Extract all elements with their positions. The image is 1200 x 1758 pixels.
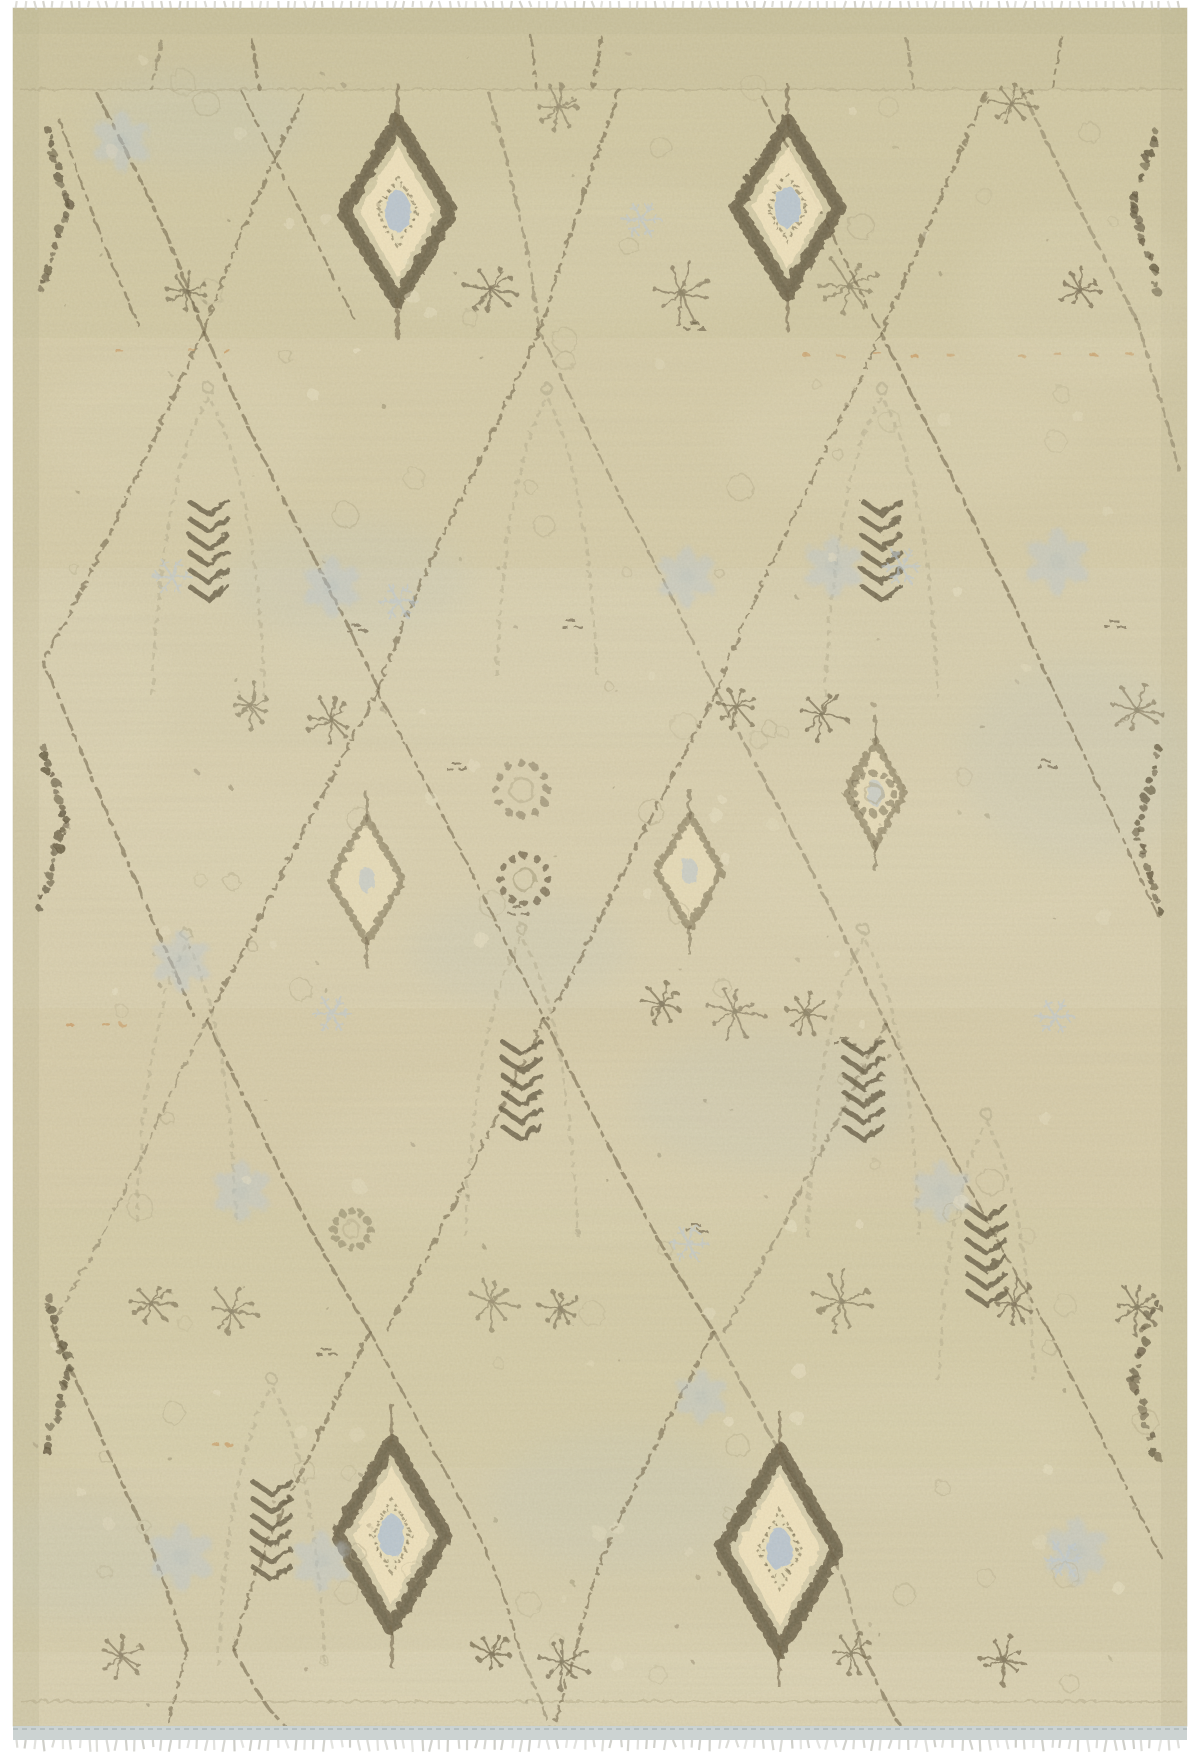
fringe-thread — [252, 1, 253, 8]
fringe-thread — [459, 1740, 460, 1749]
rug-photo — [0, 0, 1200, 1758]
fringe-thread — [80, 1740, 81, 1748]
fringe-thread — [683, 1740, 684, 1749]
fringe-thread — [313, 1, 315, 9]
fringe-thread — [1015, 1, 1016, 8]
fringe-thread — [926, 1, 927, 8]
fringe-thread — [790, 1, 792, 8]
fringe-thread — [1151, 1, 1152, 9]
fringe-thread — [963, 1, 964, 10]
fringe-thread — [421, 1, 422, 8]
fringe-thread — [1133, 1, 1134, 8]
fringe-thread — [1024, 1740, 1025, 1749]
fringe-thread — [43, 1740, 44, 1751]
fringe-thread — [718, 1, 719, 9]
fringe-thread — [1133, 1740, 1134, 1749]
fringe-thread — [673, 1, 674, 8]
fringe-thread — [934, 1740, 935, 1747]
fringe-thread — [376, 1, 377, 9]
fringe-thread — [621, 1740, 622, 1747]
fringe-thread — [259, 1740, 260, 1749]
fringe-thread — [322, 1, 323, 7]
fringe-thread — [133, 1, 134, 7]
fringe-thread — [179, 1, 180, 10]
fringe-thread — [999, 1, 1000, 9]
fringe-thread — [466, 1, 467, 8]
fringe-thread — [160, 1740, 161, 1751]
fringe-thread — [654, 1740, 655, 1748]
fringe-thread — [484, 1740, 485, 1749]
fringe-thread — [864, 1740, 865, 1748]
fringe-thread — [43, 1, 44, 8]
fringe-thread — [71, 1, 72, 8]
fringe-thread — [619, 1, 620, 9]
fringe-thread — [637, 1, 638, 10]
fringe-thread — [395, 1740, 396, 1749]
fringe-thread — [1059, 1740, 1060, 1748]
fringe-thread — [268, 1740, 269, 1751]
fringe-thread — [879, 1740, 880, 1750]
fringe-thread — [152, 1, 153, 8]
fringe-thread — [539, 1740, 540, 1748]
fringe-thread — [997, 1740, 998, 1748]
fringe-thread — [16, 1, 17, 8]
fringe-thread — [458, 1, 460, 7]
fringe-thread — [502, 1, 503, 10]
fringe-thread — [70, 1740, 71, 1749]
fringe-thread — [513, 1740, 514, 1748]
fringe-thread — [566, 1740, 567, 1748]
fringe-thread — [737, 1, 738, 8]
fringe-thread — [655, 1, 656, 8]
fringe-thread — [792, 1740, 793, 1749]
fringe-thread — [628, 1740, 629, 1751]
fringe-thread — [1178, 1740, 1179, 1748]
fringe-thread — [980, 1740, 981, 1752]
fringe-thread — [34, 1740, 35, 1749]
fringe-thread — [818, 1, 819, 10]
fringe-thread — [1141, 1740, 1142, 1751]
fringe-thread — [359, 1, 360, 7]
fringe-thread — [754, 1740, 755, 1748]
fringe-thread — [763, 1740, 764, 1749]
fringe-thread — [377, 1740, 378, 1751]
fringe-thread — [1169, 1740, 1170, 1751]
fringe-thread — [529, 1740, 530, 1752]
fringe-thread — [450, 1, 451, 8]
fringe-thread — [772, 1740, 773, 1750]
fringe-thread — [412, 1740, 413, 1752]
fringe-thread — [719, 1740, 720, 1749]
fringe-thread — [170, 1, 171, 8]
fringe-thread — [295, 1740, 296, 1751]
fringe-thread — [25, 1, 26, 10]
fringe-thread — [90, 1740, 91, 1752]
fringe-thread — [900, 1, 901, 8]
fringe-thread — [942, 1740, 943, 1748]
grain-light — [13, 8, 1187, 1726]
fringe-thread — [342, 1740, 343, 1747]
fringe-thread — [871, 1, 872, 9]
fringe-thread — [584, 1, 585, 8]
fringe-thread — [808, 1740, 810, 1748]
fringe-thread — [61, 1, 62, 9]
fringe-thread — [413, 1, 414, 7]
fringe-thread — [988, 1, 989, 9]
fringe-thread — [981, 1, 982, 7]
fringe-thread — [855, 1, 856, 8]
fringe-thread — [367, 1, 368, 10]
fringe-thread — [1053, 1740, 1054, 1748]
fringe-thread — [772, 1, 773, 7]
fringe-thread — [602, 1740, 603, 1751]
fringe-thread — [646, 1740, 647, 1749]
fringe-thread — [323, 1740, 324, 1752]
fringe-thread — [699, 1740, 700, 1750]
fringe-thread — [556, 1, 557, 10]
fringe-thread — [142, 1, 143, 9]
rug-illustration — [0, 0, 1200, 1758]
fringe-thread — [240, 1, 241, 9]
photo-canvas — [0, 0, 1200, 1758]
fringe-thread — [142, 1740, 144, 1749]
rug — [0, 8, 1200, 1740]
fringe-thread — [423, 1740, 424, 1751]
fringe-thread — [1097, 1740, 1098, 1748]
fringe-thread — [1061, 1, 1062, 8]
fringe-thread — [601, 1, 602, 7]
fringe-thread — [1043, 1, 1044, 7]
fringe-thread — [889, 1, 890, 9]
fringe-thread — [126, 1740, 127, 1751]
fringe-thread — [260, 1, 261, 9]
fringe-thread — [52, 1, 53, 7]
fringe-thread — [294, 1, 295, 9]
fringe-thread — [403, 1740, 404, 1748]
fringe-thread — [1042, 1740, 1043, 1751]
fringe-thread — [161, 1, 162, 9]
fringe-thread — [853, 1740, 854, 1749]
fringe-thread — [17, 1740, 18, 1748]
fringe-thread — [1178, 1, 1179, 8]
fringe-thread — [915, 1740, 917, 1748]
fringe-thread — [1052, 1, 1053, 10]
fringe-thread — [683, 1, 684, 9]
fringe-thread — [1142, 1, 1143, 8]
fringe-thread — [25, 1740, 26, 1748]
fringe-thread — [594, 1740, 595, 1747]
fringe-thread — [88, 1, 89, 7]
fringe-thread — [475, 1, 476, 7]
fringe-thread — [153, 1740, 154, 1747]
fringe-thread — [511, 1, 512, 10]
fringe-thread — [1007, 1, 1009, 8]
